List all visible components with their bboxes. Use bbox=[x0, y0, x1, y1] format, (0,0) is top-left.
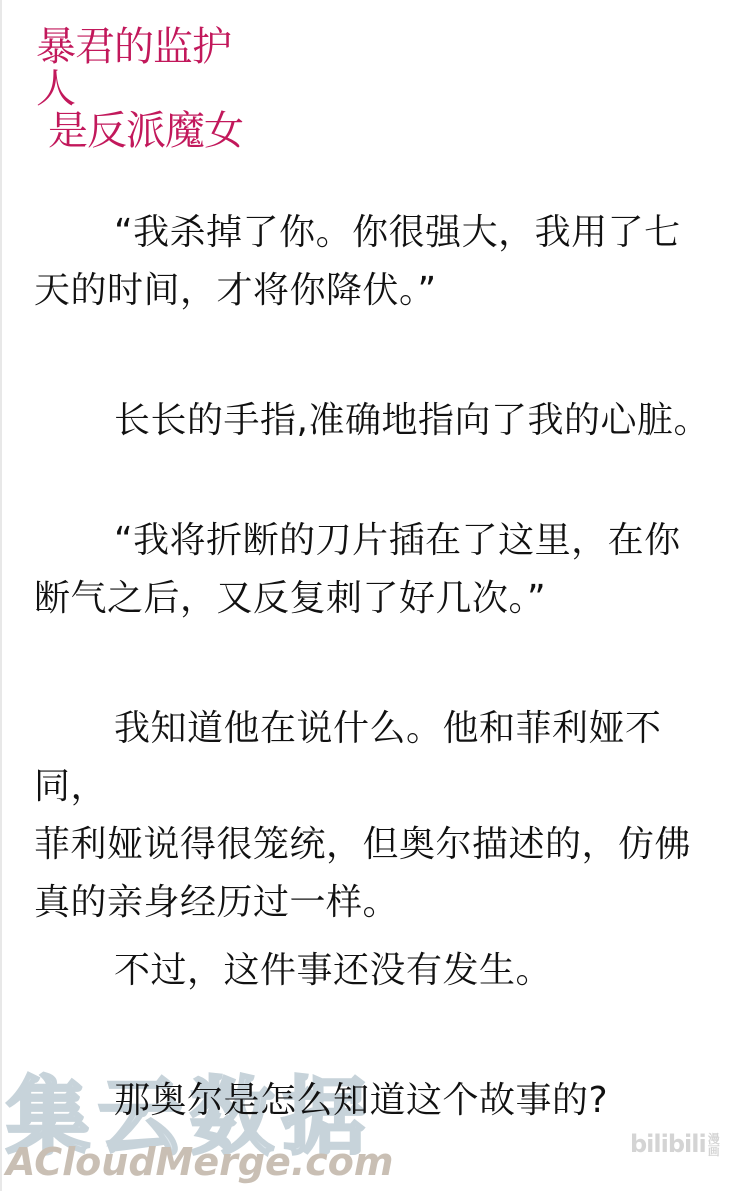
bilibili-manga-tag: 漫画 bbox=[708, 1133, 722, 1157]
paragraph-line: 真的亲身经历过一样。 bbox=[34, 882, 399, 923]
comic-title-logo: 暴君的监护人 是反派魔女 bbox=[36, 26, 266, 152]
paragraph-line: “我杀掉了你。你很强大，我用了七 bbox=[34, 204, 724, 262]
paragraph-line: 不过，这件事还没有发生。 bbox=[34, 942, 724, 1000]
paragraph-2: 长长的手指,准确地指向了我的心脏。 bbox=[34, 392, 724, 450]
paragraph-line: 那奥尔是怎么知道这个故事的? bbox=[34, 1072, 724, 1130]
paragraph-1: “我杀掉了你。你很强大，我用了七 天的时间，才将你降伏。” bbox=[34, 204, 724, 320]
logo-line-1: 暴君的监护人 bbox=[36, 26, 266, 110]
paragraph-6: 那奥尔是怎么知道这个故事的? bbox=[34, 1072, 724, 1130]
watermark-en: ACloudMerge.com bbox=[6, 1140, 393, 1184]
logo-line-2: 是反派魔女 bbox=[36, 110, 266, 152]
paragraph-3: “我将折断的刀片插在了这里，在你 断气之后，又反复刺了好几次。” bbox=[34, 512, 724, 628]
paragraph-line: 我知道他在说什么。他和菲利娅不同， bbox=[34, 700, 724, 816]
paragraph-line: 菲利娅说得很笼统，但奥尔描述的，仿佛 bbox=[34, 816, 724, 874]
bilibili-logo-text: bilibili bbox=[630, 1130, 706, 1158]
paragraph-line: 天的时间，才将你降伏。” bbox=[34, 270, 437, 311]
paragraph-line: “我将折断的刀片插在了这里，在你 bbox=[34, 512, 724, 570]
page-left-border bbox=[0, 0, 2, 1191]
paragraph-4: 我知道他在说什么。他和菲利娅不同， 菲利娅说得很笼统，但奥尔描述的，仿佛 真的亲… bbox=[34, 700, 724, 932]
paragraph-line: 断气之后，又反复刺了好几次。” bbox=[34, 578, 546, 619]
paragraph-5: 不过，这件事还没有发生。 bbox=[34, 942, 724, 1000]
bilibili-watermark: bilibili漫画 bbox=[630, 1130, 722, 1158]
paragraph-line: 长长的手指,准确地指向了我的心脏。 bbox=[34, 392, 724, 450]
